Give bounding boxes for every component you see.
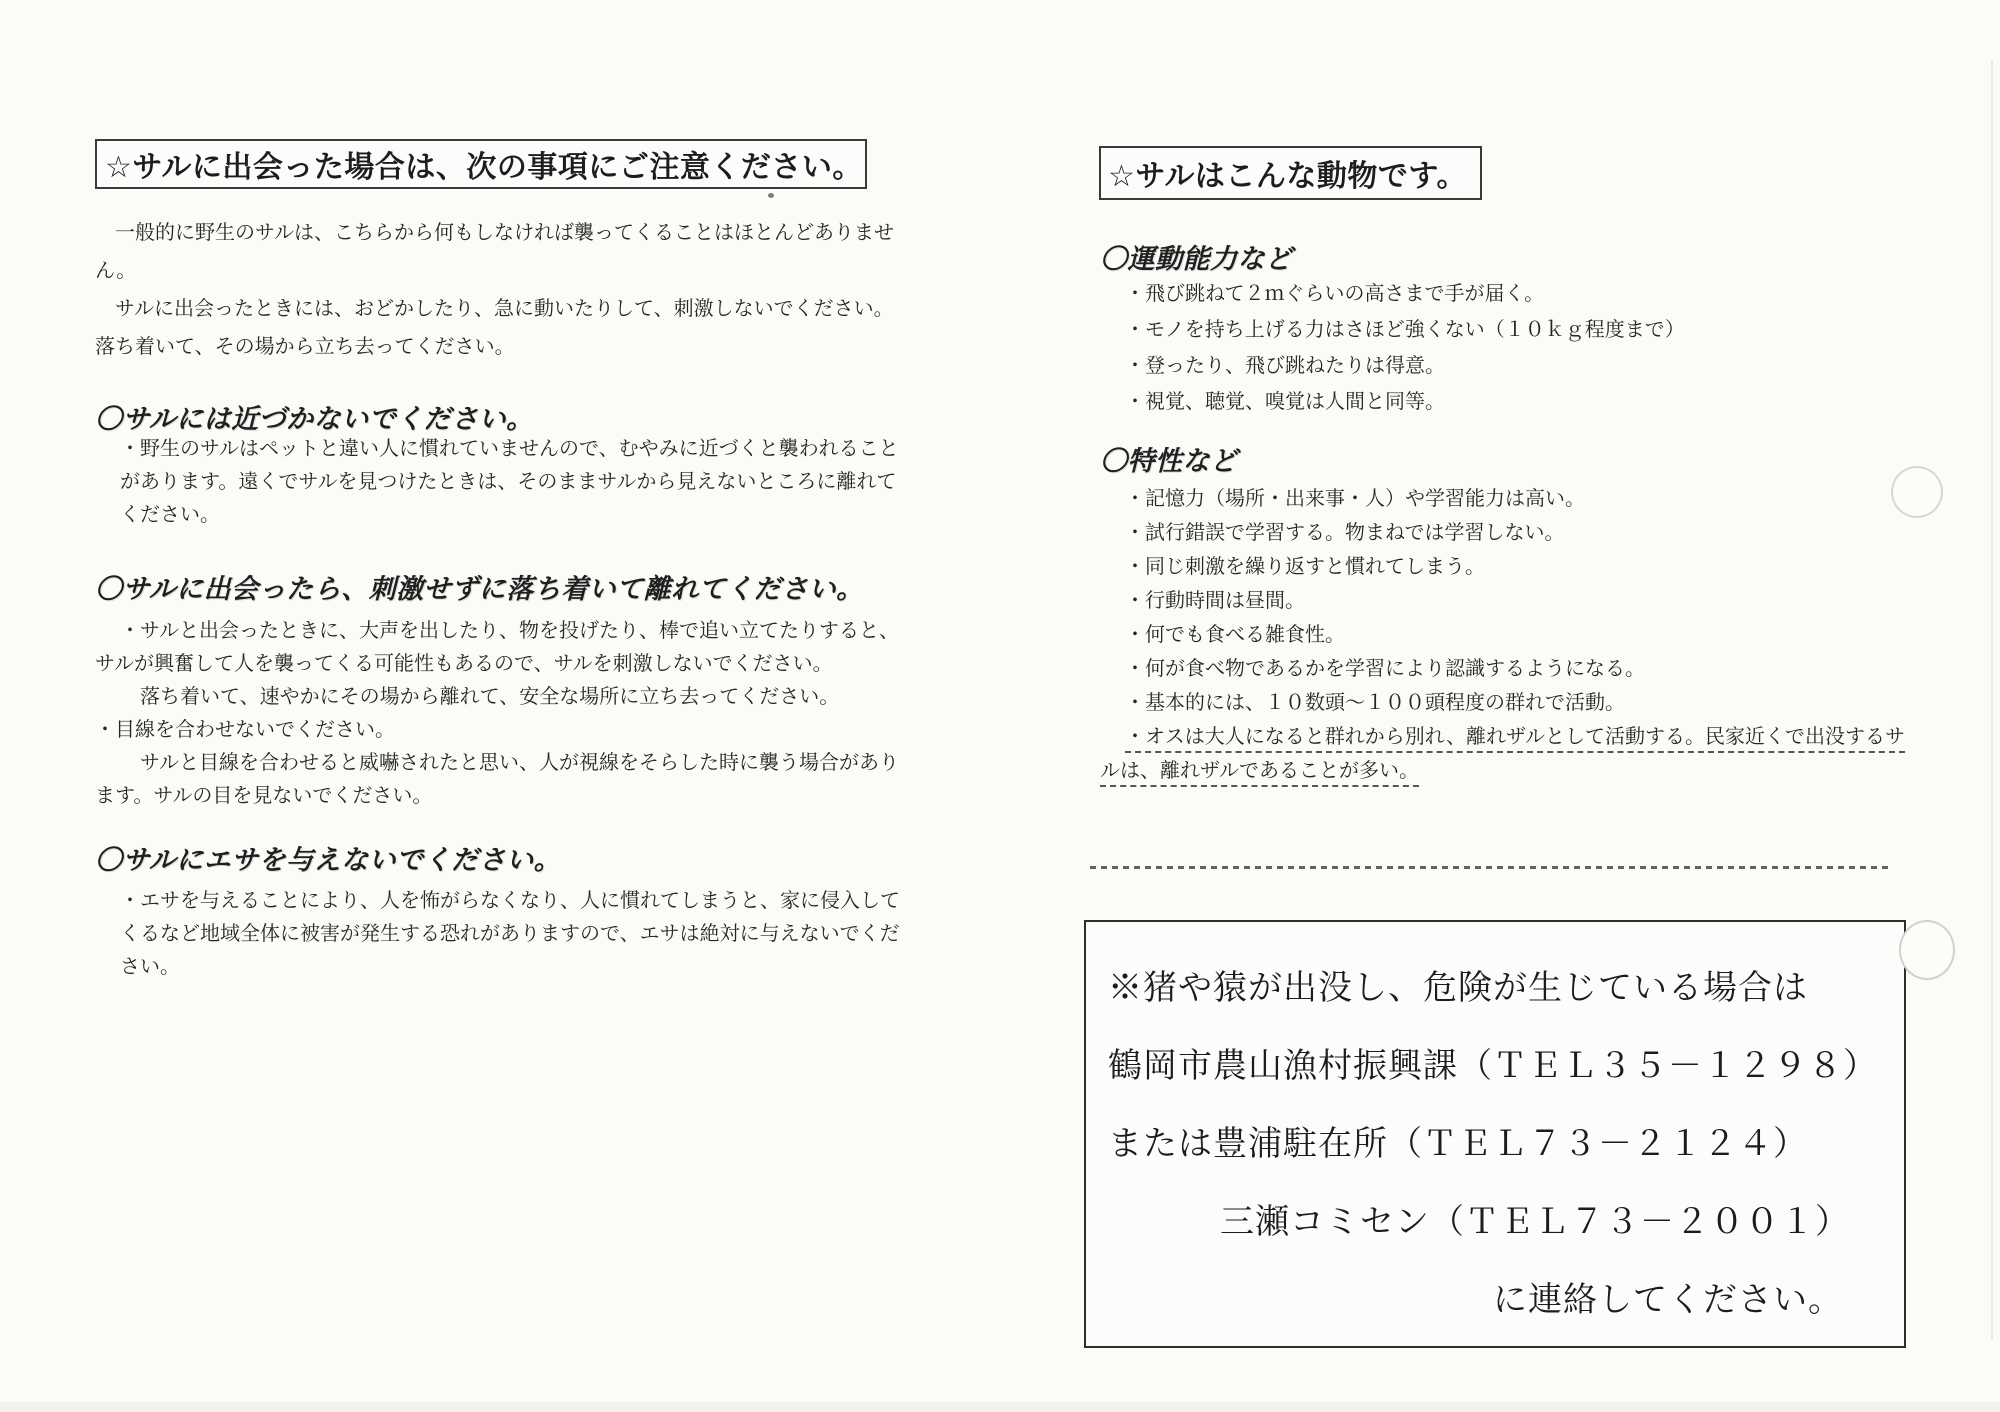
section-body-no-approach: ・野生のサルはペットと違い人に慣れていませんので、むやみに近づくと襲われることが… [95,433,965,532]
section-heading-stay-calm: 〇サルに出会ったら、刺激せずに落ち着いて離れてください。 [95,567,864,606]
section-body-athletic-ability: ・飛び跳ねて２ｍぐらいの高さまで手が届く。・モノを持ち上げる力はさほど強くない（… [1100,276,1940,420]
text-line: ・基本的には、１０数頭～１００頭程度の群れで活動。 [1100,686,1940,720]
left-title: ☆サルに出会った場合は、次の事項にご注意ください。 [105,142,863,186]
text-line: に連絡してください。 [1108,1262,1904,1340]
text-line: 落ち着いて、速やかにその場から離れて、安全な場所に立ち去ってください。 [95,681,965,714]
text-line: ・同じ刺激を繰り返すと慣れてしまう。 [1100,550,1940,584]
intro-paragraph: 一般的に野生のサルは、こちらから何もしなければ襲ってくることはほとんどありません… [95,214,965,366]
text-line: 一般的に野生のサルは、こちらから何もしなければ襲ってくることはほとんどありませ [95,214,965,252]
page-edge-shadow [1991,60,1993,1340]
text-line: があります。遠くでサルを見つけたときは、そのままサルから見えないところに離れて [95,466,965,499]
scanned-document-page: { "colors": { "page_background": "#fbfbf… [0,0,2000,1412]
emergency-contact-box: ※猪や猿が出没し、危険が生じている場合は鶴岡市農山漁村振興課（ＴＥＬ３５－１２９… [1084,920,1906,1348]
text-line: ・サルと出会ったときに、大声を出したり、物を投げたり、棒で追い立てたりすると、 [95,615,965,648]
text-line: ※猪や猿が出没し、危険が生じている場合は [1108,950,1904,1028]
text-line: サルに出会ったときには、おどかしたり、急に動いたりして、刺激しないでください。 [95,290,965,328]
section-heading-traits: 〇特性など [1100,439,1238,478]
text-line: 落ち着いて、その場から立ち去ってください。 [95,328,965,366]
text-line: サルが興奮して人を襲ってくる可能性もあるので、サルを刺激しないでください。 [95,648,965,681]
text-line: ん。 [95,252,965,290]
text-line: ます。サルの目を見ないでください。 [95,780,965,813]
section-heading-no-feeding: 〇サルにエサを与えないでください。 [95,838,561,877]
page-bottom-shadow [0,1402,2000,1412]
section-heading-athletic-ability: 〇運動能力など [1100,237,1293,276]
section-heading-no-approach: 〇サルには近づかないでください。 [95,397,534,436]
text-line: ・行動時間は昼間。 [1100,584,1940,618]
text-line: さい。 [95,951,965,984]
text-line: ・目線を合わせないでください。 [95,714,965,747]
section-body-no-feeding: ・エサを与えることにより、人を怖がらなくなり、人に慣れてしまうと、家に侵入してく… [95,885,965,984]
text-line: ・記憶力（場所・出来事・人）や学習能力は高い。 [1100,482,1940,516]
punch-hole-mark [1891,466,1943,518]
text-line: ・何でも食べる雑食性。 [1100,618,1940,652]
section-body-traits: ・記憶力（場所・出来事・人）や学習能力は高い。・試行錯誤で学習する。物まねでは学… [1100,482,1940,788]
left-title-box: ☆サルに出会った場合は、次の事項にご注意ください。 [95,139,867,189]
text-line: ・何が食べ物であるかを学習により認識するようになる。 [1100,652,1940,686]
text-line: または豊浦駐在所（ＴＥＬ７３－２１２４） [1108,1106,1904,1184]
text-line: ください。 [95,499,965,532]
right-title-box: ☆サルはこんな動物です。 [1099,146,1482,200]
scan-speck [768,193,774,198]
dashed-divider [1090,866,1890,869]
right-title: ☆サルはこんな動物です。 [1108,151,1467,195]
text-line: ・試行錯誤で学習する。物まねでは学習しない。 [1100,516,1940,550]
text-line: ・オスは大人になると群れから別れ、離れザルとして活動する。民家近くで出没するサ [1100,720,1940,754]
text-line: ・野生のサルはペットと違い人に慣れていませんので、むやみに近づくと襲われること [95,433,965,466]
text-line: ・登ったり、飛び跳ねたりは得意。 [1100,348,1940,384]
punch-hole-mark [1899,920,1955,980]
text-line: ・飛び跳ねて２ｍぐらいの高さまで手が届く。 [1100,276,1940,312]
text-line: 鶴岡市農山漁村振興課（ＴＥＬ３５－１２９８） [1108,1028,1904,1106]
text-line: ・エサを与えることにより、人を怖がらなくなり、人に慣れてしまうと、家に侵入して [95,885,965,918]
text-line: ・モノを持ち上げる力はさほど強くない（１０ｋｇ程度まで） [1100,312,1940,348]
section-body-stay-calm: ・サルと出会ったときに、大声を出したり、物を投げたり、棒で追い立てたりすると、サ… [95,615,965,813]
text-line: ・視覚、聴覚、嗅覚は人間と同等。 [1100,384,1940,420]
text-line: くるなど地域全体に被害が発生する恐れがありますので、エサは絶対に与えないでくだ [95,918,965,951]
text-line: 三瀬コミセン（ＴＥＬ７３－２００１） [1108,1184,1904,1262]
text-line: ルは、離れザルであることが多い。 [1100,754,1940,788]
text-line: サルと目線を合わせると威嚇されたと思い、人が視線をそらした時に襲う場合があり [95,747,965,780]
